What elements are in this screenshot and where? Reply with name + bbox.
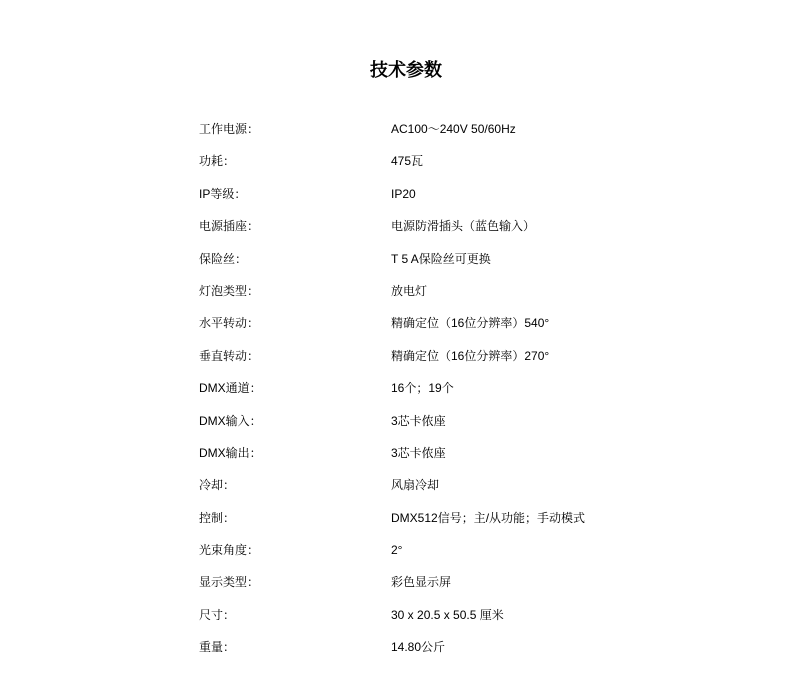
spec-value: 精确定位（16位分辨率）270° [391, 349, 619, 363]
table-row: 垂直转动： 精确定位（16位分辨率）270° [199, 349, 619, 381]
spec-label: 显示类型： [199, 575, 391, 589]
table-row: 功耗： 475瓦 [199, 154, 619, 186]
page-title: 技术参数 [370, 61, 442, 80]
spec-value: T 5 A保险丝可更换 [391, 252, 619, 266]
table-row: 冷却： 风扇冷却 [199, 478, 619, 510]
table-row: 保险丝： T 5 A保险丝可更换 [199, 252, 619, 284]
spec-label: 保险丝： [199, 252, 391, 266]
table-row: DMX通道： 16个；19个 [199, 381, 619, 413]
spec-label: 灯泡类型： [199, 284, 391, 298]
table-row: 电源插座： 电源防滑插头（蓝色输入） [199, 219, 619, 251]
table-row: 显示类型： 彩色显示屏 [199, 575, 619, 607]
table-row: 重量： 14.80公斤 [199, 640, 619, 672]
table-row: 工作电源： AC100～240V 50/60Hz [199, 122, 619, 154]
spec-value: 16个；19个 [391, 381, 619, 395]
spec-label: 工作电源： [199, 122, 391, 136]
spec-value: 14.80公斤 [391, 640, 619, 654]
spec-value: 彩色显示屏 [391, 575, 619, 589]
spec-value: 电源防滑插头（蓝色输入） [391, 219, 619, 233]
spec-table: 工作电源： AC100～240V 50/60Hz 功耗： 475瓦 IP等级： … [199, 122, 619, 673]
spec-label: 功耗： [199, 154, 391, 168]
table-row: 光束角度： 2° [199, 543, 619, 575]
table-row: DMX输入： 3芯卡侬座 [199, 414, 619, 446]
spec-value: 30 x 20.5 x 50.5 厘米 [391, 608, 619, 622]
spec-value: 3芯卡侬座 [391, 446, 619, 460]
spec-value: 2° [391, 543, 619, 557]
spec-label: IP等级： [199, 187, 391, 201]
spec-label: 电源插座： [199, 219, 391, 233]
table-row: 水平转动： 精确定位（16位分辨率）540° [199, 316, 619, 348]
spec-label: 冷却： [199, 478, 391, 492]
spec-label: 控制： [199, 511, 391, 525]
spec-label: DMX输出： [199, 446, 391, 460]
spec-label: DMX输入： [199, 414, 391, 428]
table-row: DMX输出： 3芯卡侬座 [199, 446, 619, 478]
spec-label: DMX通道： [199, 381, 391, 395]
spec-label: 重量： [199, 640, 391, 654]
table-row: IP等级： IP20 [199, 187, 619, 219]
spec-value: 放电灯 [391, 284, 619, 298]
table-row: 控制： DMX512信号；主/从功能；手动模式 [199, 511, 619, 543]
spec-label: 水平转动： [199, 316, 391, 330]
spec-value: DMX512信号；主/从功能；手动模式 [391, 511, 619, 525]
spec-label: 垂直转动： [199, 349, 391, 363]
spec-value: 精确定位（16位分辨率）540° [391, 316, 619, 330]
spec-value: 3芯卡侬座 [391, 414, 619, 428]
spec-label: 光束角度： [199, 543, 391, 557]
spec-value: 风扇冷却 [391, 478, 619, 492]
spec-sheet-page: 技术参数 工作电源： AC100～240V 50/60Hz 功耗： 475瓦 I… [0, 0, 790, 694]
table-row: 尺寸： 30 x 20.5 x 50.5 厘米 [199, 608, 619, 640]
table-row: 灯泡类型： 放电灯 [199, 284, 619, 316]
spec-value: AC100～240V 50/60Hz [391, 122, 619, 136]
spec-value: IP20 [391, 187, 619, 201]
spec-value: 475瓦 [391, 154, 619, 168]
spec-label: 尺寸： [199, 608, 391, 622]
